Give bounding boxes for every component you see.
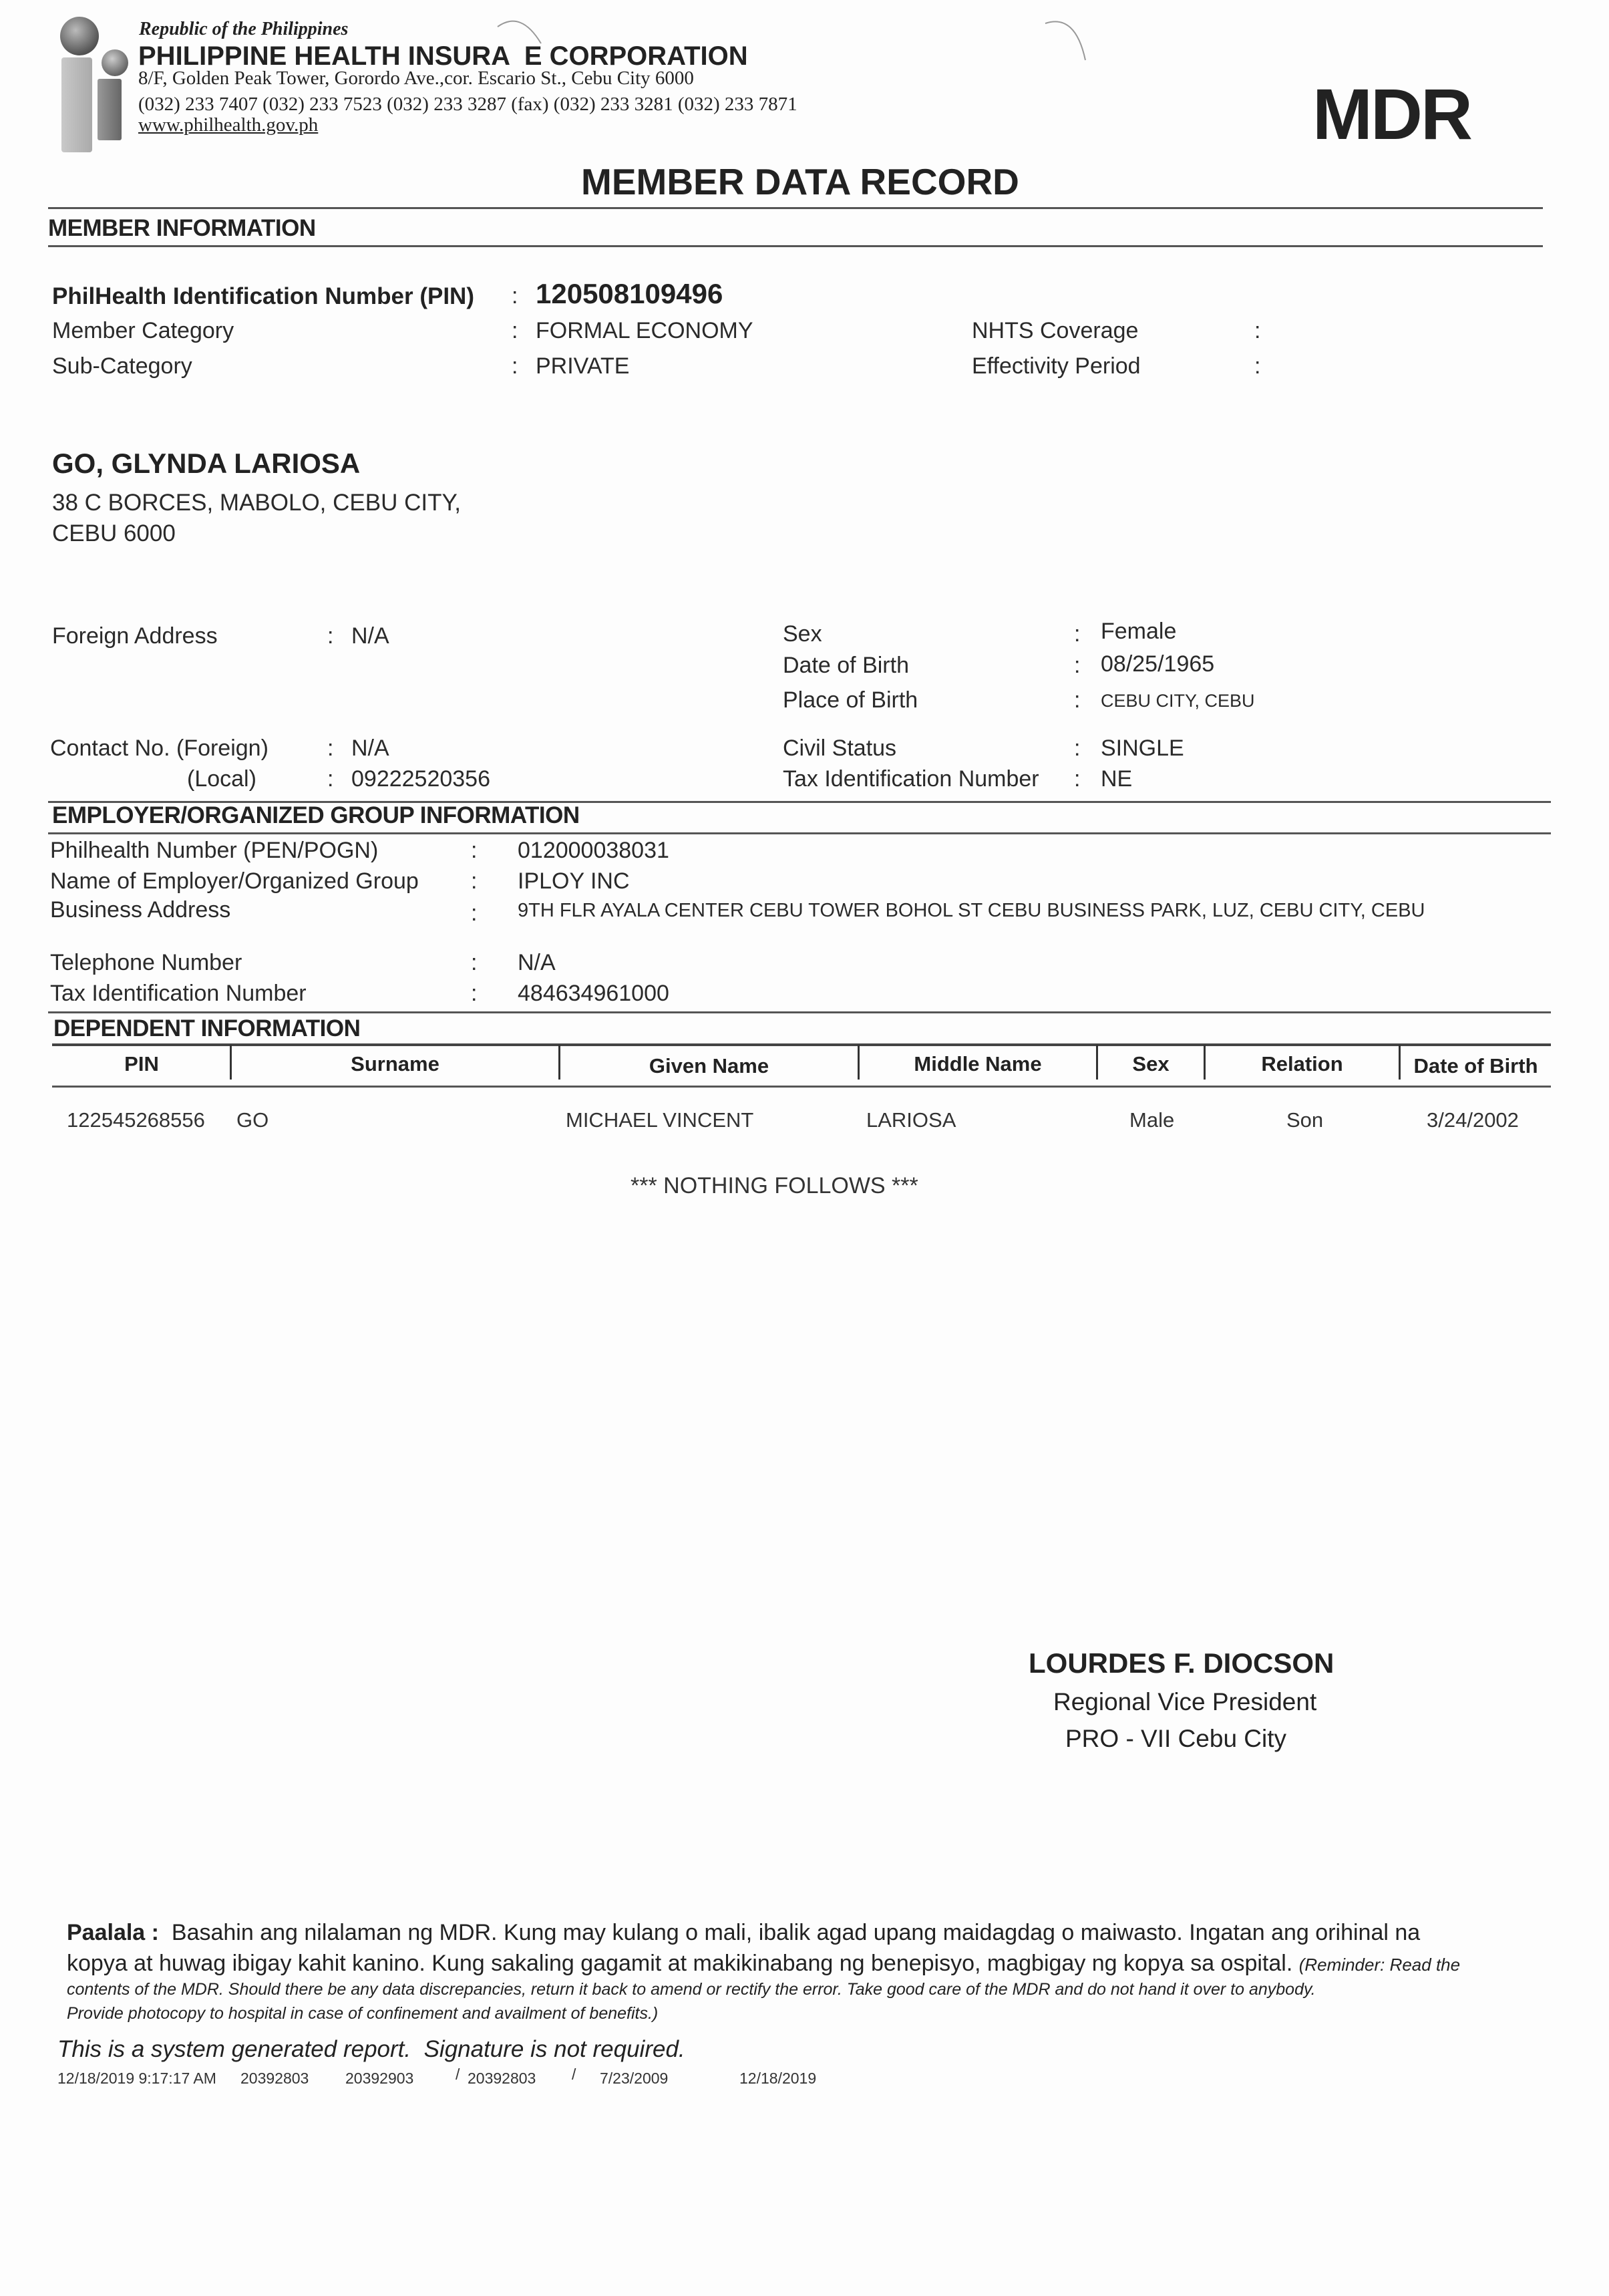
dependent-relation: Son — [1286, 1108, 1323, 1132]
colon: : — [512, 318, 518, 344]
republic-text: Republic of the Philippines — [139, 19, 348, 40]
dependent-section-title: DEPENDENT INFORMATION — [53, 1015, 360, 1042]
table-top-rule — [52, 1043, 1551, 1046]
effectivity-period-label: Effectivity Period — [972, 353, 1141, 379]
divider — [48, 1011, 1551, 1013]
nothing-follows-note: *** NOTHING FOLLOWS *** — [631, 1173, 918, 1199]
sex-label: Sex — [783, 621, 822, 647]
colon: : — [327, 623, 333, 649]
logo-large-head-icon — [60, 17, 99, 55]
reminder-english-line3: contents of the MDR. Should there be any… — [67, 1980, 1316, 1999]
column-header-relation: Relation — [1206, 1052, 1399, 1076]
member-address-line2: CEBU 6000 — [52, 520, 176, 547]
colon: : — [471, 950, 477, 976]
employer-tin-value: 484634961000 — [518, 981, 669, 1007]
colon: : — [1074, 735, 1080, 762]
colon: : — [1254, 318, 1260, 344]
logo-small-head-icon — [102, 49, 128, 76]
form-code: MDR — [1312, 72, 1471, 156]
signatory-office: PRO - VII Cebu City — [1065, 1725, 1286, 1753]
reminder-line1: Paalala : Basahin ang nilalaman ng MDR. … — [67, 1920, 1420, 1946]
business-address-label: Business Address — [50, 897, 230, 923]
member-name: GO, GLYNDA LARIOSA — [52, 448, 360, 480]
colon: : — [327, 766, 333, 792]
stamp-code: 20392803 — [240, 2070, 309, 2088]
dependent-dob: 3/24/2002 — [1427, 1108, 1519, 1132]
agency-website-link[interactable]: www.philhealth.gov.ph — [138, 114, 318, 136]
sub-category-label: Sub-Category — [52, 353, 192, 379]
colon: : — [327, 735, 333, 762]
colon: : — [471, 868, 477, 894]
stamp-separator: / — [456, 2066, 460, 2084]
colon: : — [512, 353, 518, 379]
member-category-label: Member Category — [52, 318, 234, 344]
agency-address: 8/F, Golden Peak Tower, Gorordo Ave.,cor… — [138, 67, 694, 90]
contact-foreign-label: Contact No. (Foreign) — [50, 735, 269, 762]
stamp-code: 20392803 — [468, 2070, 536, 2088]
civil-status-value: SINGLE — [1101, 735, 1184, 762]
civil-status-label: Civil Status — [783, 735, 896, 762]
divider — [48, 207, 1543, 209]
employer-name-value: IPLOY INC — [518, 868, 630, 894]
sub-category-value: PRIVATE — [536, 353, 629, 379]
reminder-text-2: kopya at huwag ibigay kahit kanino. Kung… — [67, 1951, 1292, 1976]
column-header-pin: PIN — [53, 1052, 230, 1076]
dependent-surname: GO — [236, 1108, 269, 1132]
dependent-sex: Male — [1129, 1108, 1174, 1132]
pen-value: 012000038031 — [518, 838, 669, 864]
member-address-line1: 38 C BORCES, MABOLO, CEBU CITY, — [52, 490, 461, 516]
column-header-sex: Sex — [1098, 1052, 1204, 1076]
colon: : — [1074, 653, 1080, 679]
colon: : — [471, 838, 477, 864]
dob-label: Date of Birth — [783, 653, 909, 679]
stamp-date: 7/23/2009 — [600, 2070, 668, 2088]
column-header-dob: Date of Birth — [1401, 1054, 1551, 1078]
colon: : — [1074, 766, 1080, 792]
business-address-value: 9TH FLR AYALA CENTER CEBU TOWER BOHOL ST… — [518, 900, 1425, 922]
reminder-text-1: Basahin ang nilalaman ng MDR. Kung may k… — [172, 1920, 1420, 1945]
colon: : — [1254, 353, 1260, 379]
reminder-english-start: (Reminder: Read the — [1299, 1955, 1460, 1975]
telephone-value: N/A — [518, 950, 556, 976]
contact-local-value: 09222520356 — [351, 766, 490, 792]
contact-foreign-value: N/A — [351, 735, 389, 762]
column-header-given-name: Given Name — [560, 1054, 858, 1078]
reminder-line2: kopya at huwag ibigay kahit kanino. Kung… — [67, 1951, 1460, 1977]
dependent-given-name: MICHAEL VINCENT — [566, 1108, 753, 1132]
colon: : — [471, 981, 477, 1007]
divider — [48, 832, 1551, 834]
member-tin-value: NE — [1101, 766, 1132, 792]
reminder-english-line4: Provide photocopy to hospital in case of… — [67, 2004, 658, 2023]
agency-phones: (032) 233 7407 (032) 233 7523 (032) 233 … — [138, 94, 797, 116]
member-info-section-title: MEMBER INFORMATION — [48, 215, 316, 242]
signatory-name: LOURDES F. DIOCSON — [1029, 1647, 1334, 1679]
pin-label: PhilHealth Identification Number (PIN) — [52, 283, 474, 310]
contact-local-label: (Local) — [187, 766, 256, 792]
philhealth-logo — [53, 15, 140, 155]
column-header-middle-name: Middle Name — [860, 1052, 1096, 1076]
pob-label: Place of Birth — [783, 687, 918, 713]
scan-mark-arc-icon — [494, 13, 548, 60]
print-timestamp: 12/18/2019 9:17:17 AM — [57, 2070, 216, 2088]
logo-large-body-icon — [61, 57, 92, 152]
foreign-address-value: N/A — [351, 623, 389, 649]
page-title: MEMBER DATA RECORD — [581, 160, 1019, 203]
column-header-surname: Surname — [232, 1052, 558, 1076]
colon: : — [1074, 687, 1080, 713]
employer-section-title: EMPLOYER/ORGANIZED GROUP INFORMATION — [52, 802, 580, 829]
divider — [48, 245, 1543, 247]
colon: : — [512, 283, 518, 309]
employer-tin-label: Tax Identification Number — [50, 981, 307, 1007]
pob-value: CEBU CITY, CEBU — [1101, 691, 1255, 711]
telephone-label: Telephone Number — [50, 950, 242, 976]
employer-name-label: Name of Employer/Organized Group — [50, 868, 419, 894]
stamp-code: 20392903 — [345, 2070, 413, 2088]
dob-value: 08/25/1965 — [1101, 651, 1214, 677]
dependent-pin: 122545268556 — [67, 1108, 205, 1132]
logo-small-body-icon — [98, 79, 122, 140]
system-generated-note: This is a system generated report. Signa… — [57, 2036, 685, 2063]
pin-value: 120508109496 — [536, 278, 723, 310]
nhts-coverage-label: NHTS Coverage — [972, 318, 1138, 344]
colon: : — [471, 900, 477, 927]
colon: : — [1074, 621, 1080, 647]
pen-label: Philhealth Number (PEN/POGN) — [50, 838, 378, 864]
dependent-middle-name: LARIOSA — [866, 1108, 956, 1132]
scan-mark-arc-icon — [1042, 13, 1095, 67]
stamp-date: 12/18/2019 — [739, 2070, 816, 2088]
stamp-separator: / — [572, 2066, 576, 2084]
reminder-label: Paalala : — [67, 1920, 159, 1945]
signatory-position: Regional Vice President — [1053, 1688, 1316, 1716]
table-header-rule — [52, 1086, 1551, 1088]
foreign-address-label: Foreign Address — [52, 623, 218, 649]
member-category-value: FORMAL ECONOMY — [536, 318, 753, 344]
member-tin-label: Tax Identification Number — [783, 766, 1039, 792]
sex-value: Female — [1101, 619, 1176, 645]
